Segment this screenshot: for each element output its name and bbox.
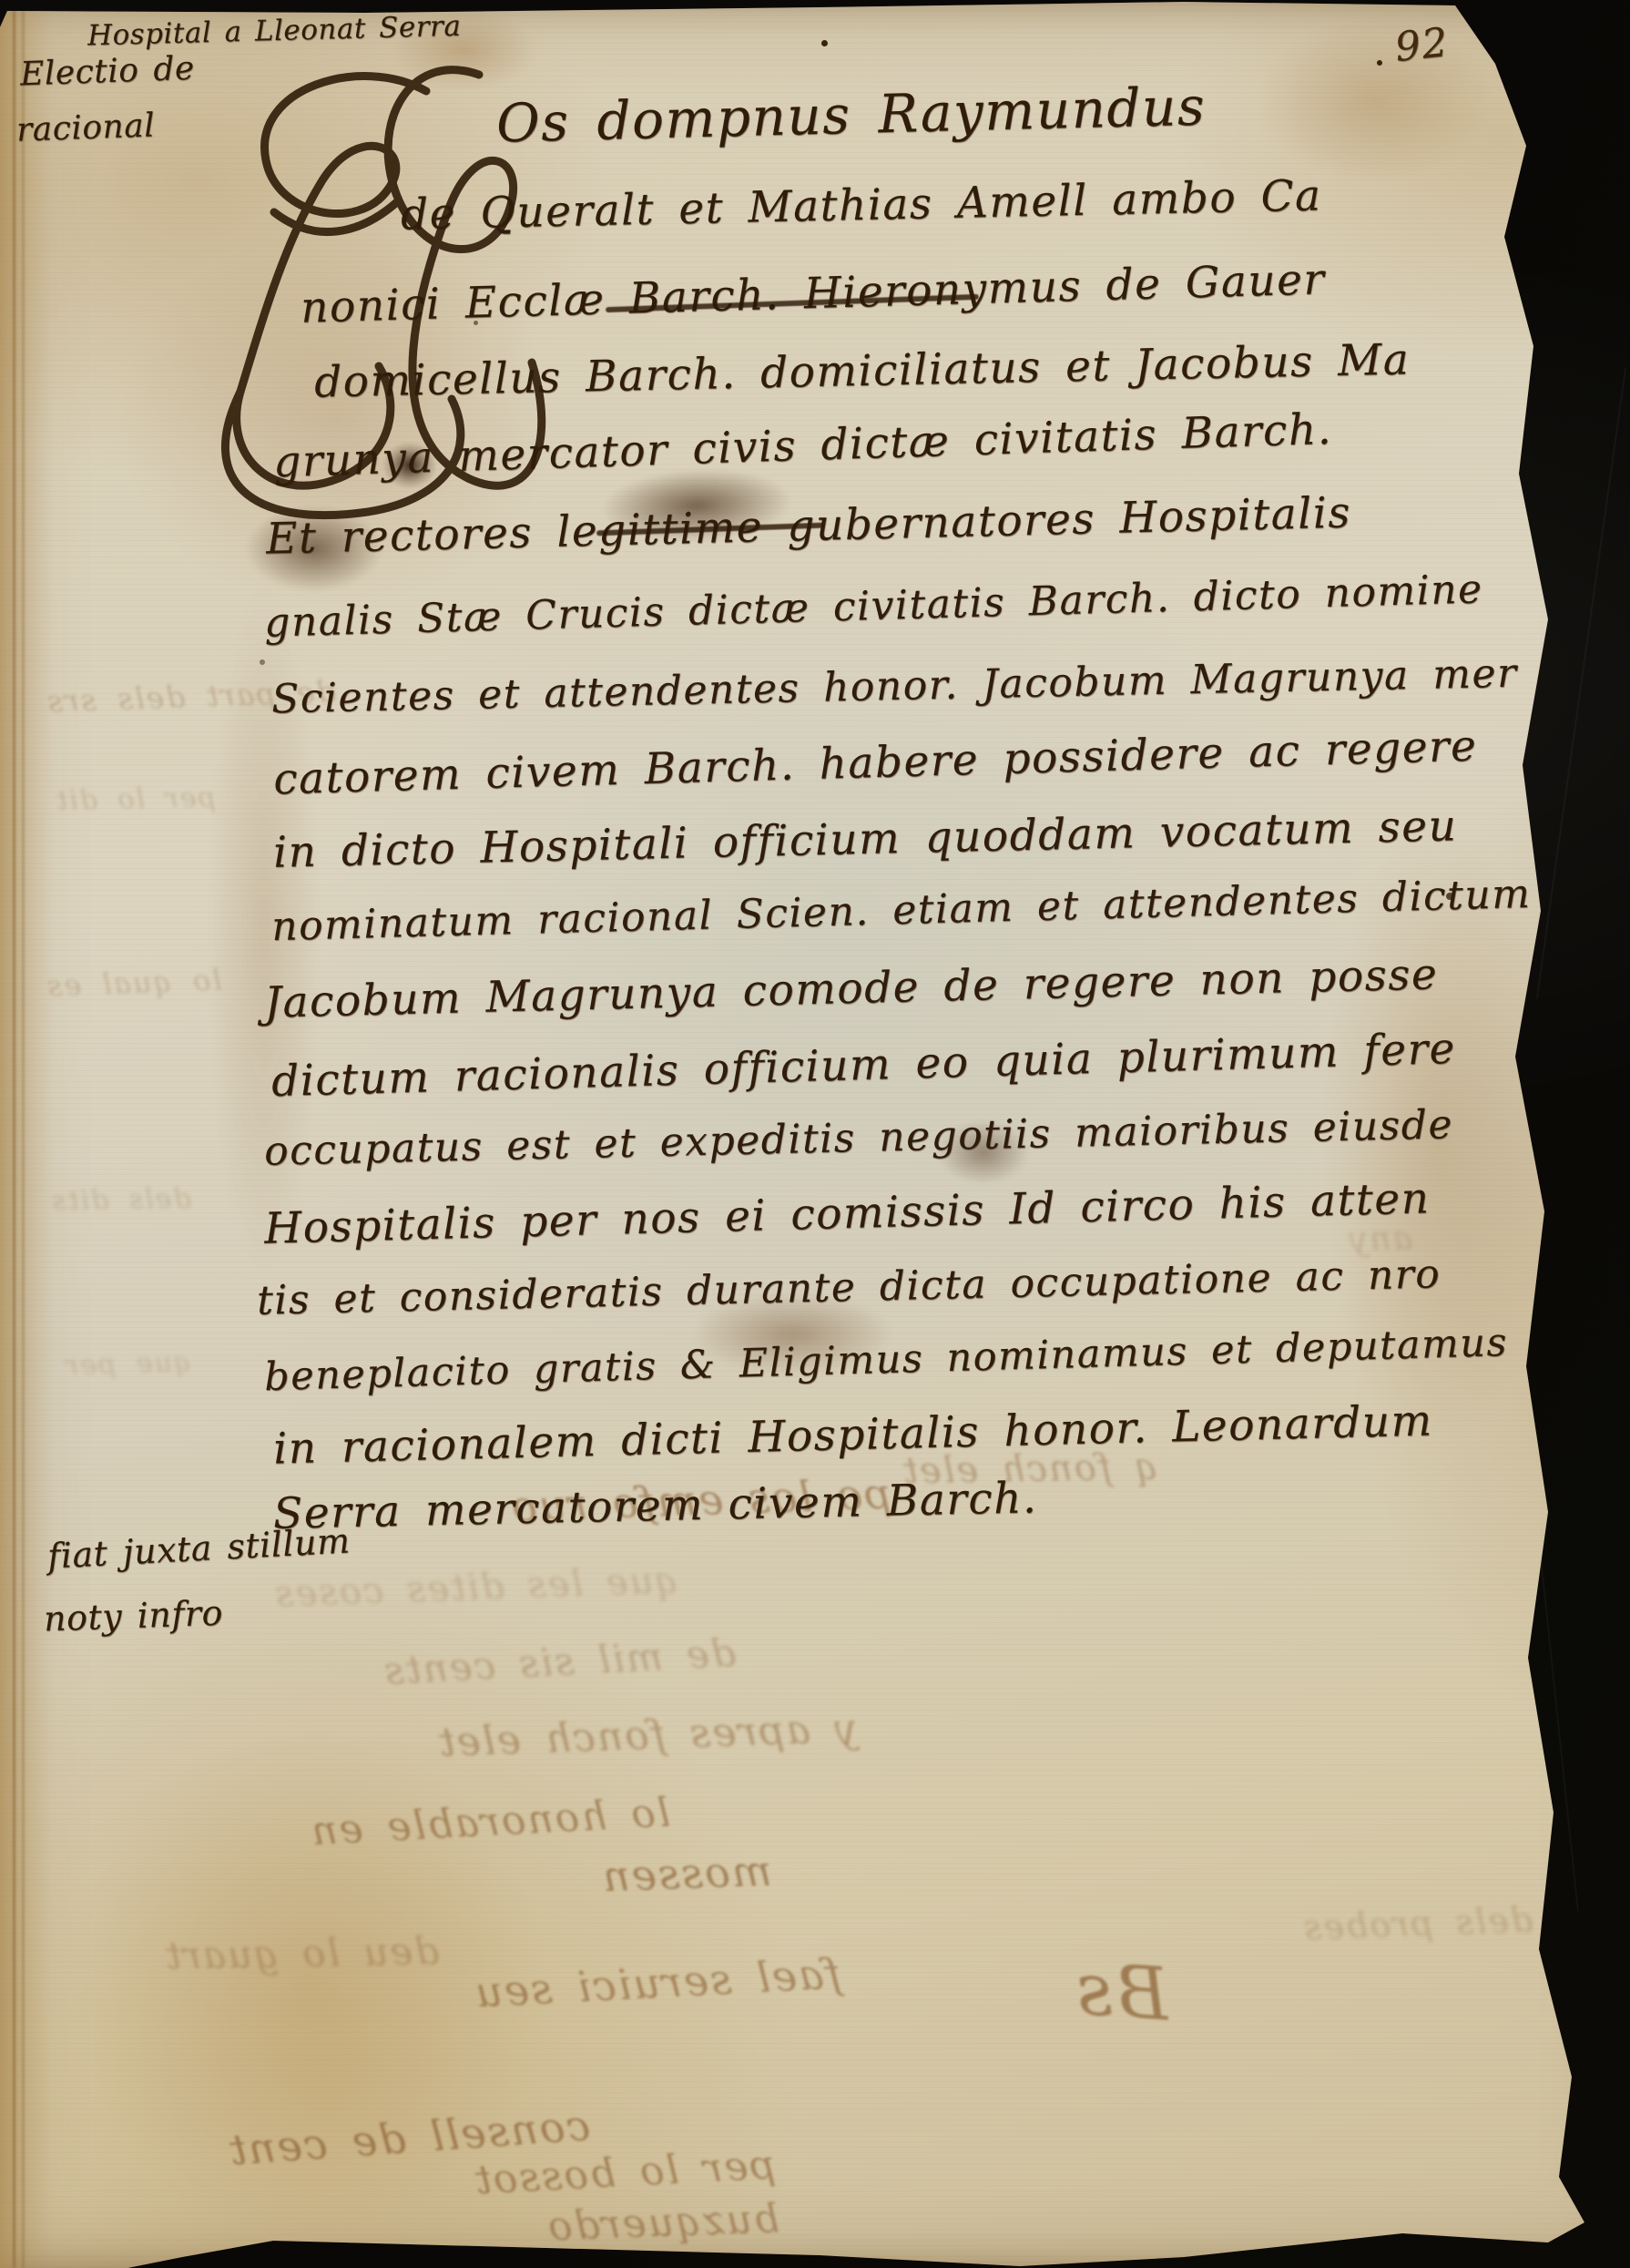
act-line: Os dompnus Raymundus: [495, 75, 1207, 154]
bleedthrough-text: buzquerdo: [545, 2196, 780, 2251]
act-line: catorem civem Barch. habere possidere ac…: [272, 721, 1478, 805]
bleedthrough-text: per lo dit: [55, 782, 216, 816]
manuscript-scan: de part dels srs per lo dit lo qual es d…: [0, 0, 1630, 2268]
ink-speck: [1377, 60, 1382, 66]
act-line: Serra mercatorem civem Barch.: [273, 1473, 1038, 1539]
act-line: Hospitalis per nos ei comissis Id circo …: [263, 1173, 1431, 1254]
act-line: in racionalem dicti Hospitalis honor. Le…: [273, 1395, 1434, 1474]
binding-gutter: [0, 0, 53, 2268]
backdrop-crease: [1535, 367, 1626, 999]
bleedthrough-text: deu lo guart: [164, 1928, 440, 1977]
bleedthrough-text: dels dits: [50, 1183, 191, 1218]
bleedthrough-text: dels probes: [1301, 1900, 1533, 1948]
margin-note-fiat-line1: fiat juxta stillum: [46, 1520, 351, 1576]
binding-crease: [13, 0, 15, 2268]
act-line: in dicto Hospitali officium quoddam voca…: [273, 801, 1458, 877]
folio-number: 92: [1392, 19, 1451, 71]
act-line: occupatus est et expeditis negotiis maio…: [264, 1101, 1454, 1175]
act-line: nominatum racional Scien. etiam et atten…: [271, 871, 1532, 950]
bleedthrough-text: mossen: [600, 1846, 772, 1902]
act-line: Scientes et attendentes honor. Jacobum M…: [271, 650, 1518, 723]
act-line: dictum racionalis officium eo quia pluri…: [270, 1024, 1456, 1107]
bleedthrough-text: Bs: [1072, 1946, 1172, 2037]
binding-crease: [22, 0, 25, 2268]
bleedthrough-text: que per: [63, 1346, 191, 1383]
ink-speck: [821, 40, 828, 46]
margin-note-fiat-line2: noty infro: [43, 1593, 223, 1640]
bleedthrough-text: de mil sis cents: [382, 1630, 737, 1693]
manuscript-page: de part dels srs per lo dit lo qual es d…: [0, 0, 1630, 2268]
act-line: Jacobum Magrunya comode de regere non po…: [264, 949, 1439, 1027]
paper-stain: [1257, 18, 1493, 182]
bleedthrough-text: que les dites coses: [272, 1559, 678, 1616]
bleedthrough-text: lo qual es: [45, 963, 222, 1004]
ink-speck: [260, 659, 265, 665]
bleedthrough-text: y apres fonch elet: [436, 1705, 858, 1766]
